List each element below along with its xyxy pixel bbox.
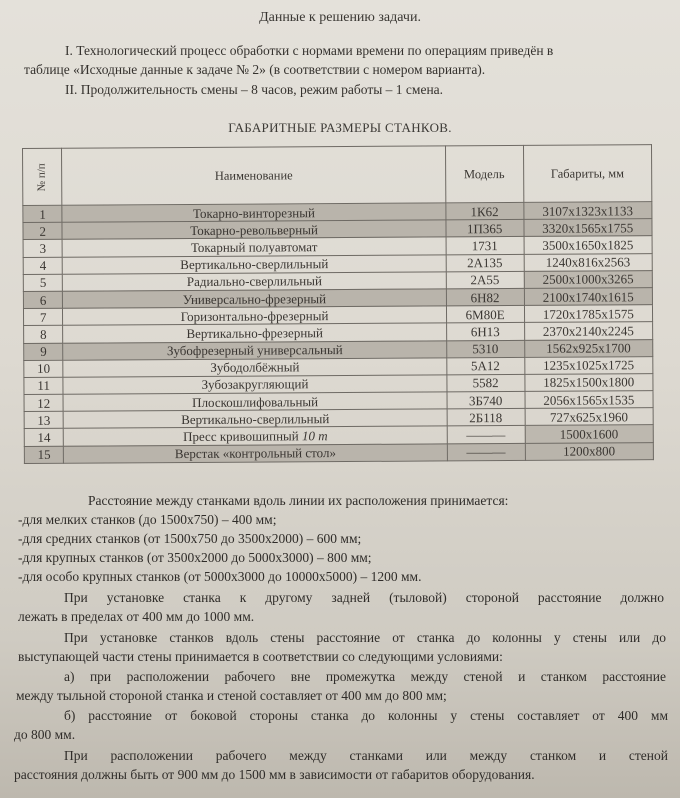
cell-dimensions: 2370x2140x2245: [524, 322, 653, 340]
document-title: Данные к решению задачи.: [0, 10, 680, 26]
cell-num: 5: [23, 274, 63, 291]
table-row: 15Верстак «контрольный стол»———1200x800: [24, 442, 653, 463]
cell-model: 1К62: [446, 202, 524, 220]
cell-dimensions: 3500x1650x1825: [524, 236, 653, 254]
header-name: Наименование: [62, 146, 446, 205]
cell-model: 2Б118: [447, 409, 525, 427]
cell-dimensions: 1240x816x2563: [524, 253, 653, 271]
cell-dimensions: 1200x800: [525, 442, 654, 460]
cell-dimensions: 2100x1740x1615: [524, 288, 653, 306]
cell-model: 5582: [447, 374, 525, 392]
intro-paragraph-1-line-1: I. Технологический процесс обработки с н…: [65, 42, 553, 60]
cell-dimensions: 1500x1600: [525, 425, 654, 443]
cell-num: 4: [23, 257, 63, 274]
header-num: № п/п: [23, 148, 63, 205]
wall-rule-line-1: При установке станков вдоль стены рассто…: [64, 629, 666, 647]
wall-condition-a-line-1: а) при расположении рабочего вне промежу…: [64, 668, 666, 686]
rules-lead: Расстояние между станками вдоль линии их…: [88, 492, 508, 510]
cell-model: ———: [447, 426, 525, 444]
worker-rule-line-1: При расположении рабочего между станками…: [64, 747, 668, 765]
cell-num: 8: [24, 326, 64, 343]
table-title: ГАБАРИТНЫЕ РАЗМЕРЫ СТАНКОВ.: [0, 120, 680, 136]
cell-dimensions: 1235x1025x1725: [524, 356, 653, 374]
cell-dimensions: 3107x1323x1133: [523, 202, 652, 220]
cell-model: 1П365: [446, 220, 524, 238]
document-page: Данные к решению задачи. I. Технологичес…: [0, 0, 680, 798]
rule-item-medium: -для средних станков (от 1500x750 до 350…: [18, 530, 361, 548]
intro-paragraph-1-line-2: таблице «Исходные данные к задаче № 2» (…: [24, 61, 485, 79]
header-dimensions: Габариты, мм: [523, 145, 652, 203]
cell-num: 10: [24, 360, 64, 377]
cell-num: 3: [23, 240, 63, 257]
cell-dimensions: 2056x1565x1535: [525, 391, 654, 409]
cell-model: ———: [447, 443, 525, 461]
wall-condition-b-line-1: б) расстояние от боковой стороны станка …: [64, 707, 668, 725]
cell-num: 2: [23, 222, 63, 239]
cell-dimensions: 1562x925x1700: [524, 339, 653, 357]
worker-rule-line-2: расстояния должны быть от 900 мм до 1500…: [14, 766, 535, 784]
header-model: Модель: [445, 145, 523, 202]
cell-num: 9: [24, 343, 64, 360]
cell-dimensions: 3320x1565x1755: [523, 219, 652, 237]
cell-dimensions: 1720x1785x1575: [524, 305, 653, 323]
back-rule-line-2: лежать в пределах от 400 мм до 1000 мм.: [18, 608, 254, 626]
capacity-label: 10 т: [299, 428, 328, 443]
cell-num: 14: [24, 429, 64, 446]
cell-num: 15: [24, 446, 64, 463]
wall-condition-b-line-2: до 800 мм.: [14, 726, 75, 744]
cell-dimensions: 2500x1000x3265: [524, 270, 653, 288]
cell-num: 12: [24, 394, 64, 411]
cell-dimensions: 1825x1500x1800: [524, 374, 653, 392]
cell-model: 6Н13: [446, 323, 524, 341]
machine-dimensions-table: № п/п Наименование Модель Габариты, мм 1…: [22, 144, 654, 464]
wall-rule-line-2: выступающей части стены принимается в со…: [18, 648, 503, 666]
cell-model: 1731: [446, 237, 524, 255]
cell-num: 1: [23, 205, 63, 222]
cell-num: 7: [23, 308, 63, 325]
rule-item-extra-large: -для особо крупных станков (от 5000x3000…: [18, 568, 421, 586]
cell-model: 6М80Е: [446, 306, 524, 324]
back-rule-line-1: При установке станка к другому задней (т…: [64, 589, 664, 607]
cell-model: 2А135: [446, 254, 524, 272]
cell-model: 6Н82: [446, 288, 524, 306]
cell-model: 5310: [446, 340, 524, 358]
cell-name: Верстак «контрольный стол»: [64, 444, 447, 464]
cell-num: 11: [24, 377, 64, 394]
cell-dimensions: 727x625x1960: [525, 408, 654, 426]
table-header-row: № п/п Наименование Модель Габариты, мм: [23, 145, 652, 206]
intro-paragraph-2: II. Продолжительность смены – 8 часов, р…: [65, 81, 443, 99]
cell-model: 3Б740: [447, 391, 525, 409]
rule-item-large: -для крупных станков (от 3500x2000 до 50…: [18, 549, 372, 567]
wall-condition-a-line-2: между тыльной стороной станка и стеной с…: [16, 687, 447, 705]
cell-num: 6: [23, 291, 63, 308]
cell-model: 2А55: [446, 271, 524, 289]
cell-num: 13: [24, 412, 64, 429]
rule-item-small: -для мелких станков (до 1500x750) – 400 …: [18, 511, 276, 529]
cell-model: 5А12: [446, 357, 524, 375]
